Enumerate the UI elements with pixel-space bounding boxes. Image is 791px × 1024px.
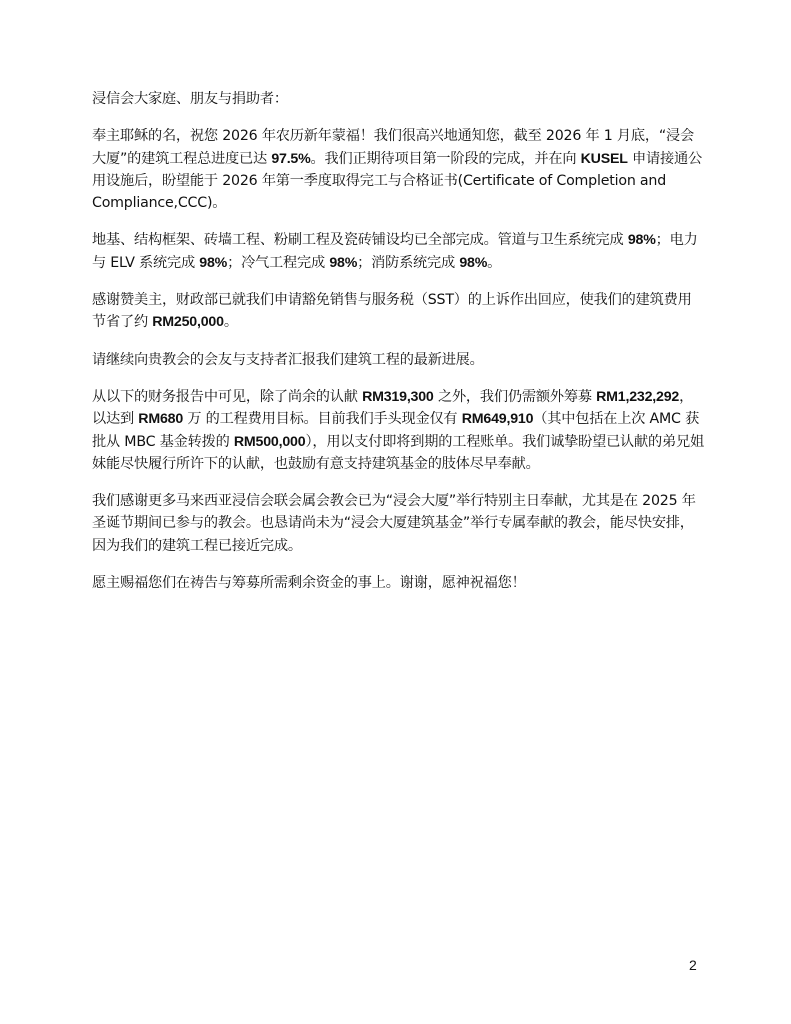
bold-figure: KUSEL (581, 151, 628, 167)
bold-figure: 97.5% (271, 151, 310, 167)
text-run: ；冷气工程完成 (227, 255, 329, 271)
text-run: 地基、结构框架、砖墙工程、粉刷工程及瓷砖铺设均已全部完成。管道与卫生系统完成 (92, 232, 628, 248)
paragraph: 愿主赐福您们在祷告与筹募所需剩余资金的事上。谢谢，愿神祝福您！ (92, 572, 704, 594)
bold-figure: RM649,910 (462, 411, 534, 427)
bold-figure: RM680 (138, 411, 183, 427)
bold-figure: 98% (628, 232, 656, 248)
text-run: ；消防系统完成 (357, 255, 459, 271)
text-run: 。 (224, 314, 238, 330)
paragraph: 请继续向贵教会的会友与支持者汇报我们建筑工程的最新进展。 (92, 349, 704, 371)
paragraph: 感谢赞美主，财政部已就我们申请豁免销售与服务税（SST）的上诉作出回应，使我们的… (92, 289, 704, 334)
letter-body: 浸信会大家庭、朋友与捐助者： 奉主耶稣的名，祝您 2026 年农历新年蒙福！我们… (92, 88, 704, 594)
paragraph: 奉主耶稣的名，祝您 2026 年农历新年蒙福！我们很高兴地通知您，截至 2026… (92, 125, 704, 214)
bold-figure: RM250,000 (152, 314, 224, 330)
bold-figure: RM1,232,292 (596, 389, 679, 405)
paragraph: 地基、结构框架、砖墙工程、粉刷工程及瓷砖铺设均已全部完成。管道与卫生系统完成 9… (92, 229, 704, 274)
text-run: 。我们正期待项目第一阶段的完成，并在向 (311, 151, 581, 167)
paragraph: 从以下的财务报告中可见，除了尚余的认献 RM319,300 之外，我们仍需额外筹… (92, 386, 704, 475)
paragraphs: 奉主耶稣的名，祝您 2026 年农历新年蒙福！我们很高兴地通知您，截至 2026… (92, 125, 704, 594)
paragraph: 我们感谢更多马来西亚浸信会联会属会教会已为“浸会大厦”举行特别主日奉献，尤其是在… (92, 490, 704, 557)
page-number: 2 (689, 957, 697, 973)
bold-figure: 98% (199, 255, 227, 271)
text-run: 从以下的财务报告中可见，除了尚余的认献 (92, 389, 362, 405)
bold-figure: RM319,300 (362, 389, 434, 405)
text-run: 之外，我们仍需额外筹募 (434, 389, 596, 405)
text-run: 万 的工程费用目标。目前我们手头现金仅有 (183, 411, 462, 427)
text-run: 请继续向贵教会的会友与支持者汇报我们建筑工程的最新进展。 (92, 352, 484, 368)
text-run: 。 (487, 255, 501, 271)
bold-figure: 98% (329, 255, 357, 271)
greeting: 浸信会大家庭、朋友与捐助者： (92, 88, 704, 110)
text-run: 愿主赐福您们在祷告与筹募所需剩余资金的事上。谢谢，愿神祝福您！ (92, 575, 526, 591)
text-run: 我们感谢更多马来西亚浸信会联会属会教会已为“浸会大厦”举行特别主日奉献，尤其是在… (92, 493, 696, 554)
bold-figure: RM500,000 (234, 434, 306, 450)
bold-figure: 98% (459, 255, 487, 271)
